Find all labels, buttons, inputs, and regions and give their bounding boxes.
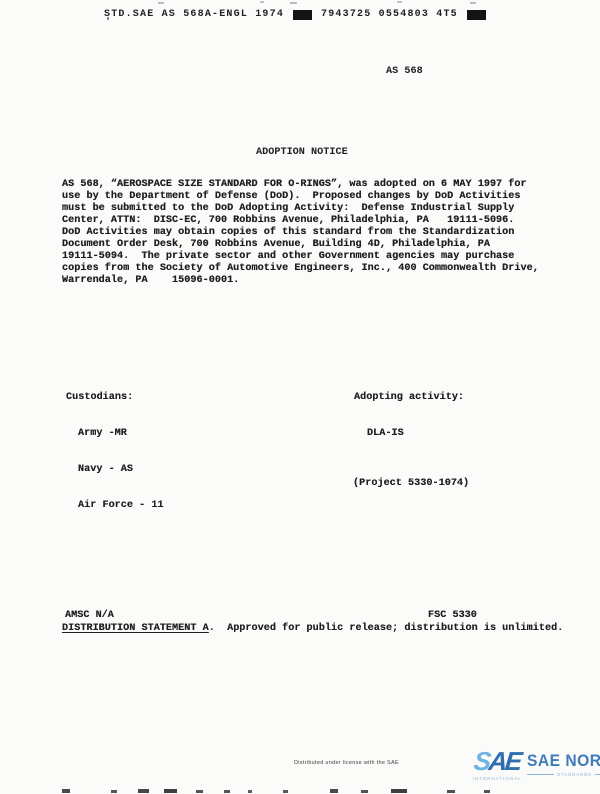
header-document-number: 7943725 0554803 4T5 (321, 9, 458, 20)
custodian-army: Army -MR (78, 428, 164, 440)
scan-speck (138, 789, 149, 793)
scan-speck (62, 789, 70, 793)
barcode-block-icon (293, 10, 312, 20)
tagline-rule-right (595, 774, 600, 775)
header-standard-id: STD.SAE AS 568A-ENGL 1974 (104, 9, 284, 20)
sae-international-label: INTERNATIONAL (473, 776, 522, 781)
scan-speck (397, 1, 402, 3)
scan-speck (164, 789, 177, 793)
sae-norm-logo: SAE INTERNATIONAL SAE NORM STANDARDS (473, 748, 598, 781)
scan-speck (111, 790, 117, 793)
sae-norm-label: SAE NORM (527, 752, 600, 769)
distribution-statement-text: . Approved for public release; distribut… (209, 623, 564, 634)
fsc-code: FSC 5330 (428, 610, 477, 622)
scan-speck (330, 789, 338, 793)
adopting-activity-heading: Adopting activity: (354, 392, 469, 404)
standards-tagline: STANDARDS (527, 772, 600, 777)
custodians-heading: Custodians: (66, 392, 164, 404)
scan-speck (260, 1, 264, 3)
project-number: (Project 5330-1074) (353, 478, 469, 490)
sae-norm-wordmark: SAE NORM STANDARDS (527, 748, 600, 781)
scan-speck (224, 790, 230, 793)
scan-speck (484, 790, 490, 793)
scan-speck (283, 790, 288, 793)
scanned-document-page: STD.SAE AS 568A-ENGL 1974 7943725 055480… (0, 0, 600, 794)
scan-header-code-line: STD.SAE AS 568A-ENGL 1974 7943725 055480… (104, 8, 486, 21)
sae-international-mark: SAE INTERNATIONAL (473, 748, 522, 781)
custodians-block: Custodians: Army -MR Navy - AS Air Force… (66, 368, 164, 536)
scan-speck (361, 790, 368, 793)
adopting-activity-value: DLA-IS (367, 428, 469, 440)
adopting-activity-block: Adopting activity: DLA-IS (Project 5330-… (354, 368, 469, 514)
scan-speck (470, 2, 476, 4)
sae-logotype: SAE (473, 748, 522, 774)
adoption-notice-paragraph: AS 568, “AEROSPACE SIZE STANDARD FOR O-R… (62, 179, 539, 287)
amsc-code: AMSC N/A (65, 610, 114, 622)
tagline-rule-left (527, 774, 555, 775)
scan-speck (158, 2, 164, 4)
barcode-block-icon (467, 10, 486, 20)
license-fine-print: Distributed under license with the SAE (294, 760, 399, 766)
scan-speck (447, 790, 455, 793)
distribution-statement: DISTRIBUTION STATEMENT A. Approved for p… (62, 623, 563, 635)
scan-speck (196, 790, 203, 793)
scan-speck (391, 789, 407, 793)
scan-speck (290, 2, 297, 4)
scan-speck (107, 17, 109, 20)
custodian-navy: Navy - AS (78, 464, 164, 476)
standards-label: STANDARDS (557, 772, 592, 777)
page-title: ADOPTION NOTICE (256, 147, 348, 158)
custodian-air-force: Air Force - 11 (78, 500, 164, 512)
distribution-statement-label: DISTRIBUTION STATEMENT A (62, 623, 209, 634)
scan-speck (248, 790, 252, 793)
sae-logo-letters-ae: AE (488, 746, 522, 776)
document-number: AS 568 (386, 66, 423, 77)
